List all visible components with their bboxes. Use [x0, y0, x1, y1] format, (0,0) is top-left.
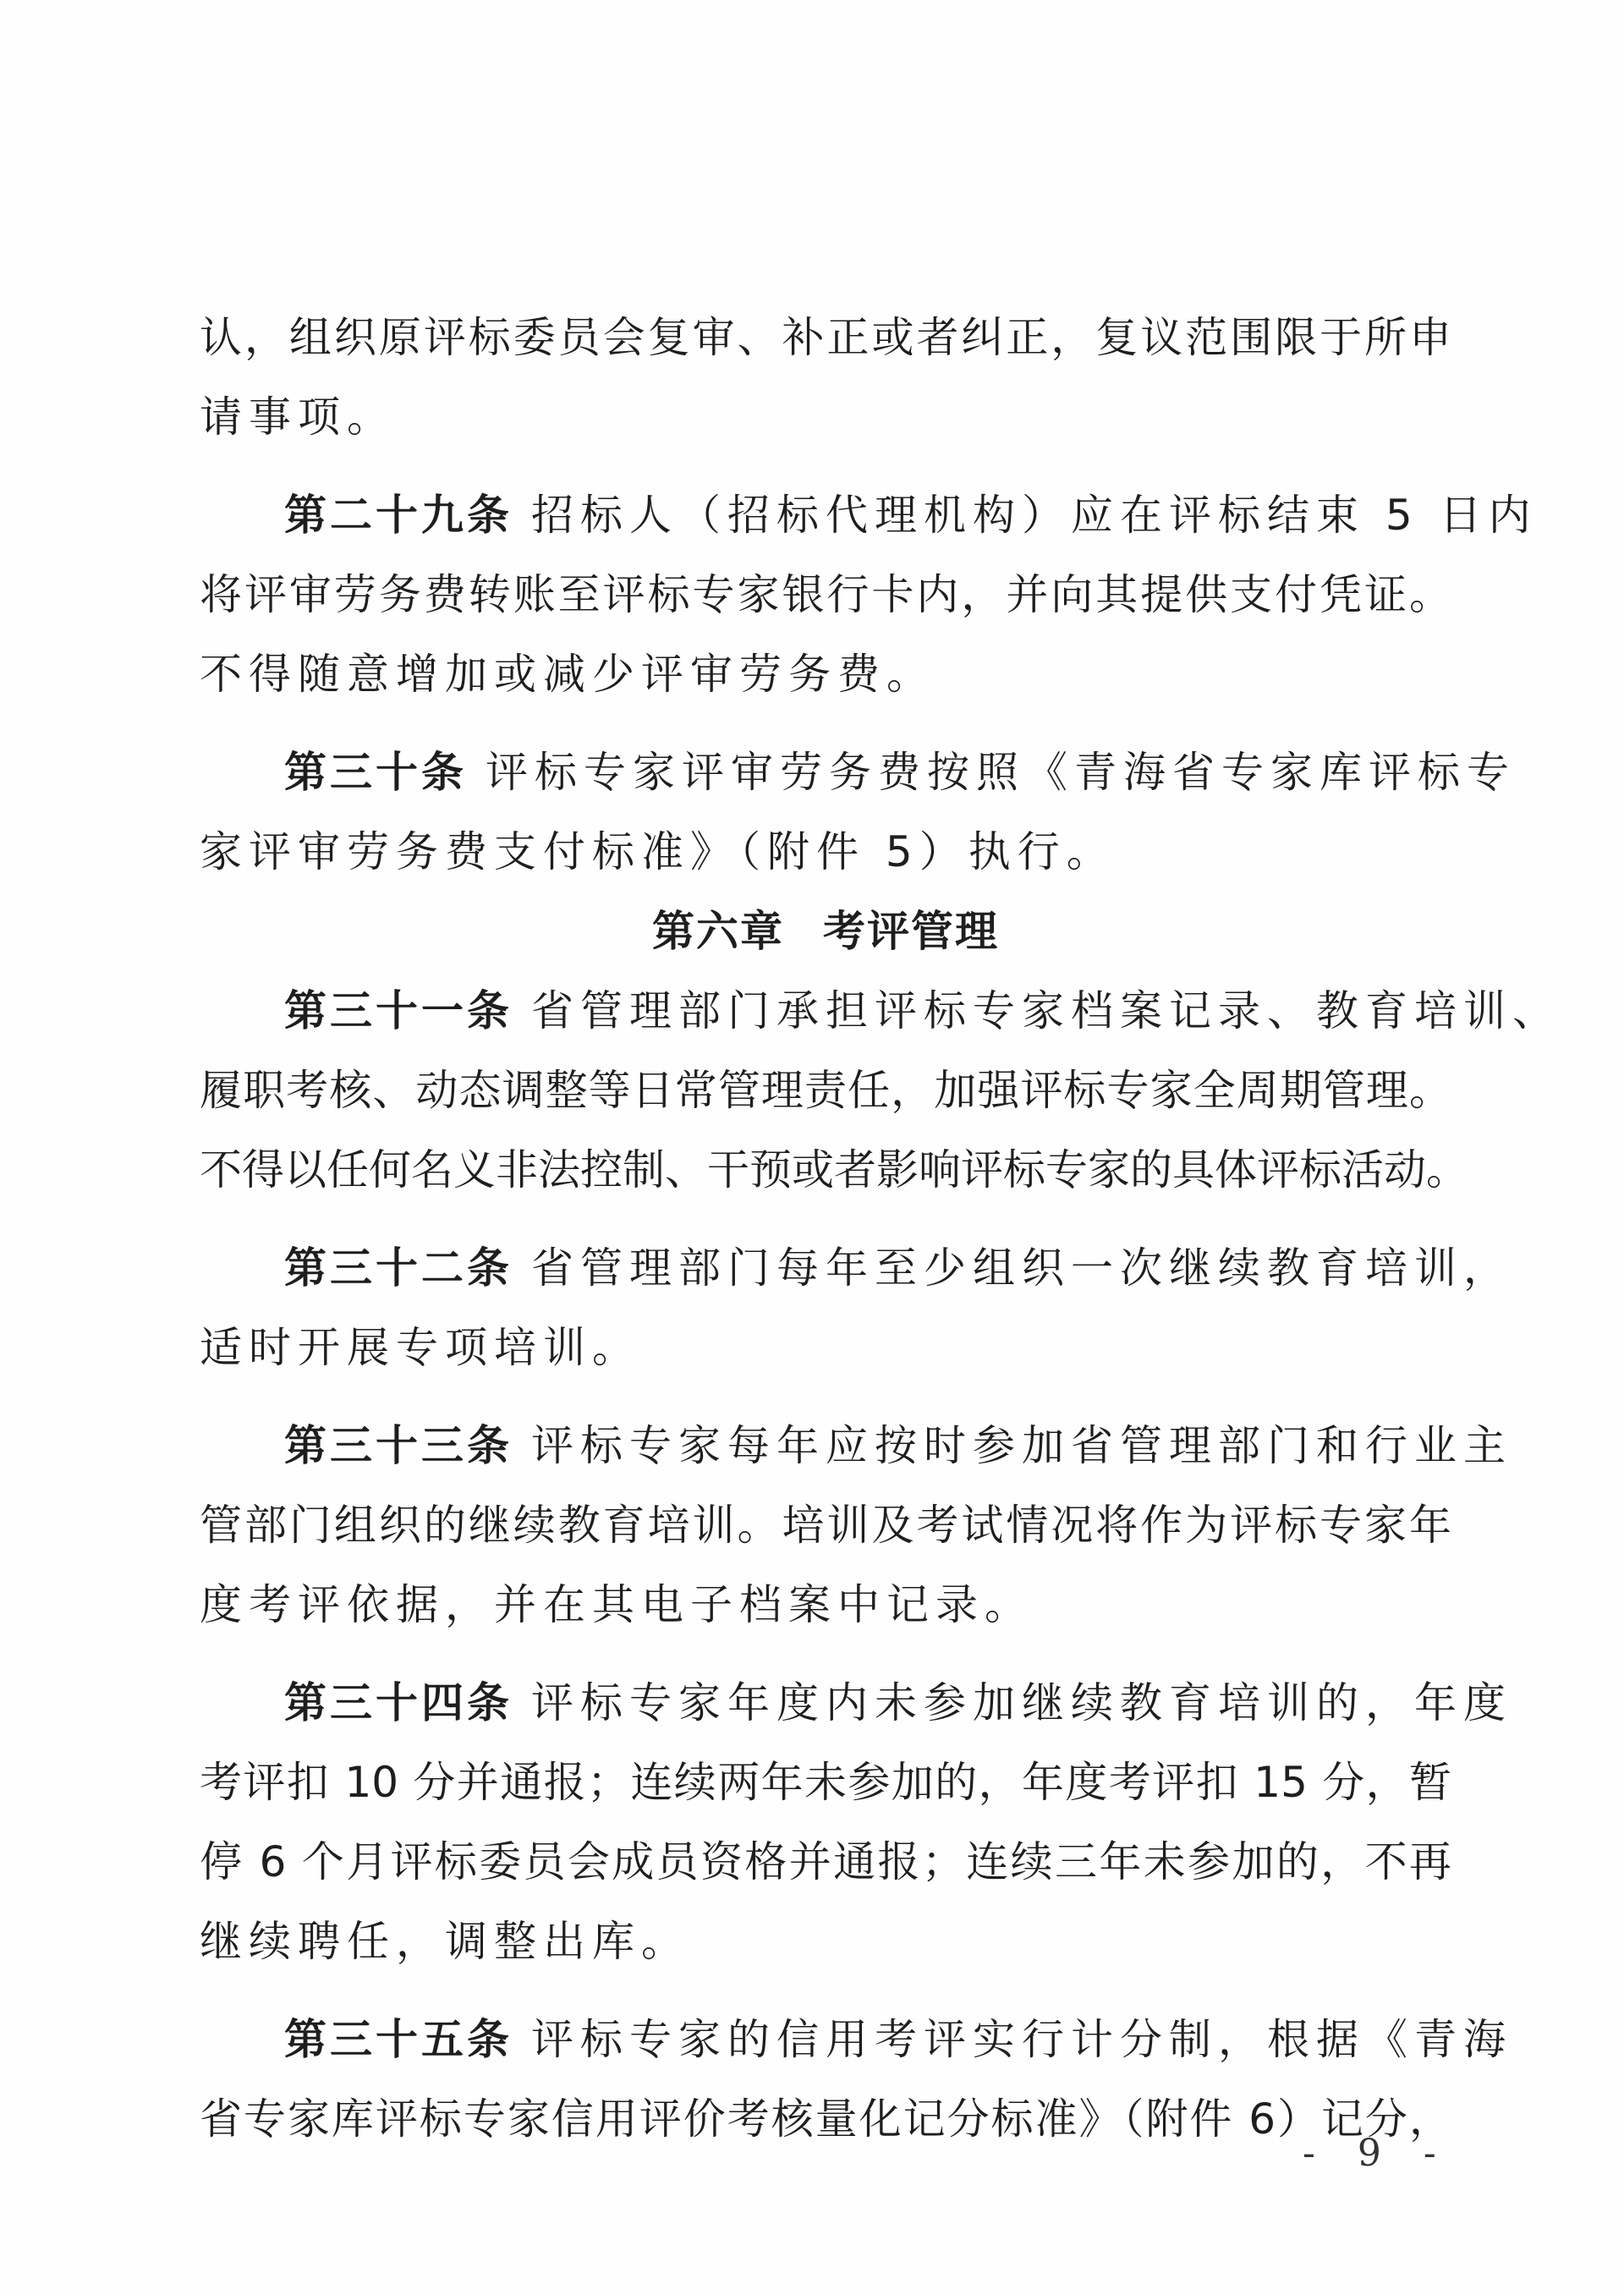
article-number: 第三十四条 [284, 1678, 513, 1727]
text-line: 第二十九条招标人（招标代理机构）应在评标结束 5 日内 [200, 475, 1451, 555]
article-33: 第三十三条评标专家每年应按时参加省管理部门和行业主 管部门组织的继续教育培训。培… [200, 1406, 1451, 1644]
text-line: 停 6 个月评标委员会成员资格并通报；连续三年未参加的，不再 [200, 1822, 1451, 1902]
article-number: 第三十条 [284, 748, 467, 797]
article-text: 省管理部门每年至少组织一次继续教育培训， [531, 1244, 1512, 1293]
article-32: 第三十二条省管理部门每年至少组织一次继续教育培训， 适时开展专项培训。 [200, 1228, 1451, 1387]
page-number: - 9 - [1303, 2132, 1451, 2175]
article-number: 第二十九条 [284, 491, 513, 540]
text-line: 适时开展专项培训。 [200, 1308, 1451, 1387]
text-line: 不得以任何名义非法控制、干预或者影响评标专家的具体评标活动。 [200, 1130, 1451, 1210]
article-29: 第二十九条招标人（招标代理机构）应在评标结束 5 日内 将评审劳务费转账至评标专… [200, 475, 1451, 714]
chapter-heading: 第六章考评管理 [200, 892, 1451, 971]
article-number: 第三十五条 [284, 2015, 513, 2064]
document-body: 认，组织原评标委员会复审、补正或者纠正，复议范围限于所申 请事项。 第二十九条招… [200, 298, 1451, 2159]
article-31: 第三十一条省管理部门承担评标专家档案记录、教育培训、 履职考核、动态调整等日常管… [200, 971, 1451, 1210]
text-line: 第三十三条评标专家每年应按时参加省管理部门和行业主 [200, 1406, 1451, 1485]
text-line: 认，组织原评标委员会复审、补正或者纠正，复议范围限于所申 [200, 298, 1451, 377]
text-line: 履职考核、动态调整等日常管理责任，加强评标专家全周期管理。 [200, 1051, 1451, 1130]
article-text: 评标专家每年应按时参加省管理部门和行业主 [531, 1421, 1512, 1470]
article-number: 第三十三条 [284, 1421, 513, 1470]
text-line: 考评扣 10 分并通报；连续两年未参加的，年度考评扣 15 分，暂 [200, 1743, 1451, 1822]
text-line: 第三十五条评标专家的信用考评实行计分制，根据《青海 [200, 2000, 1451, 2079]
text-line: 第三十条评标专家评审劳务费按照《青海省专家库评标专 [200, 733, 1451, 812]
text-line: 省专家库评标专家信用评价考核量化记分标准》（附件 6）记分， [200, 2079, 1451, 2159]
text-line: 将评审劳务费转账至评标专家银行卡内，并向其提供支付凭证。 [200, 555, 1451, 634]
text-line: 管部门组织的继续教育培训。培训及考试情况将作为评标专家年 [200, 1485, 1451, 1565]
text-line: 继续聘任，调整出库。 [200, 1902, 1451, 1981]
paragraph-continuation: 认，组织原评标委员会复审、补正或者纠正，复议范围限于所申 请事项。 [200, 298, 1451, 457]
text-line: 家评审劳务费支付标准》（附件 5）执行。 [200, 812, 1451, 892]
text-line: 度考评依据，并在其电子档案中记录。 [200, 1565, 1451, 1644]
text-line: 请事项。 [200, 377, 1451, 457]
article-number: 第三十一条 [284, 986, 513, 1035]
chapter-number: 第六章 [652, 907, 784, 956]
text-line: 第三十二条省管理部门每年至少组织一次继续教育培训， [200, 1228, 1451, 1308]
article-text: 评标专家年度内未参加继续教育培训的，年度 [531, 1678, 1512, 1727]
article-text: 评标专家评审劳务费按照《青海省专家库评标专 [486, 748, 1516, 797]
text-line: 第三十四条评标专家年度内未参加继续教育培训的，年度 [200, 1663, 1451, 1743]
article-35: 第三十五条评标专家的信用考评实行计分制，根据《青海 省专家库评标专家信用评价考核… [200, 2000, 1451, 2159]
document-page: 认，组织原评标委员会复审、补正或者纠正，复议范围限于所申 请事项。 第二十九条招… [0, 0, 1624, 2295]
article-text: 评标专家的信用考评实行计分制，根据《青海 [531, 2015, 1512, 2064]
article-34: 第三十四条评标专家年度内未参加继续教育培训的，年度 考评扣 10 分并通报；连续… [200, 1663, 1451, 1981]
article-text: 省管理部门承担评标专家档案记录、教育培训、 [531, 986, 1561, 1035]
text-line: 第三十一条省管理部门承担评标专家档案记录、教育培训、 [200, 971, 1451, 1051]
chapter-title: 考评管理 [823, 907, 999, 956]
article-30: 第三十条评标专家评审劳务费按照《青海省专家库评标专 家评审劳务费支付标准》（附件… [200, 733, 1451, 892]
article-text: 招标人（招标代理机构）应在评标结束 5 日内 [531, 491, 1538, 540]
article-number: 第三十二条 [284, 1244, 513, 1293]
text-line: 不得随意增加或减少评审劳务费。 [200, 634, 1451, 714]
